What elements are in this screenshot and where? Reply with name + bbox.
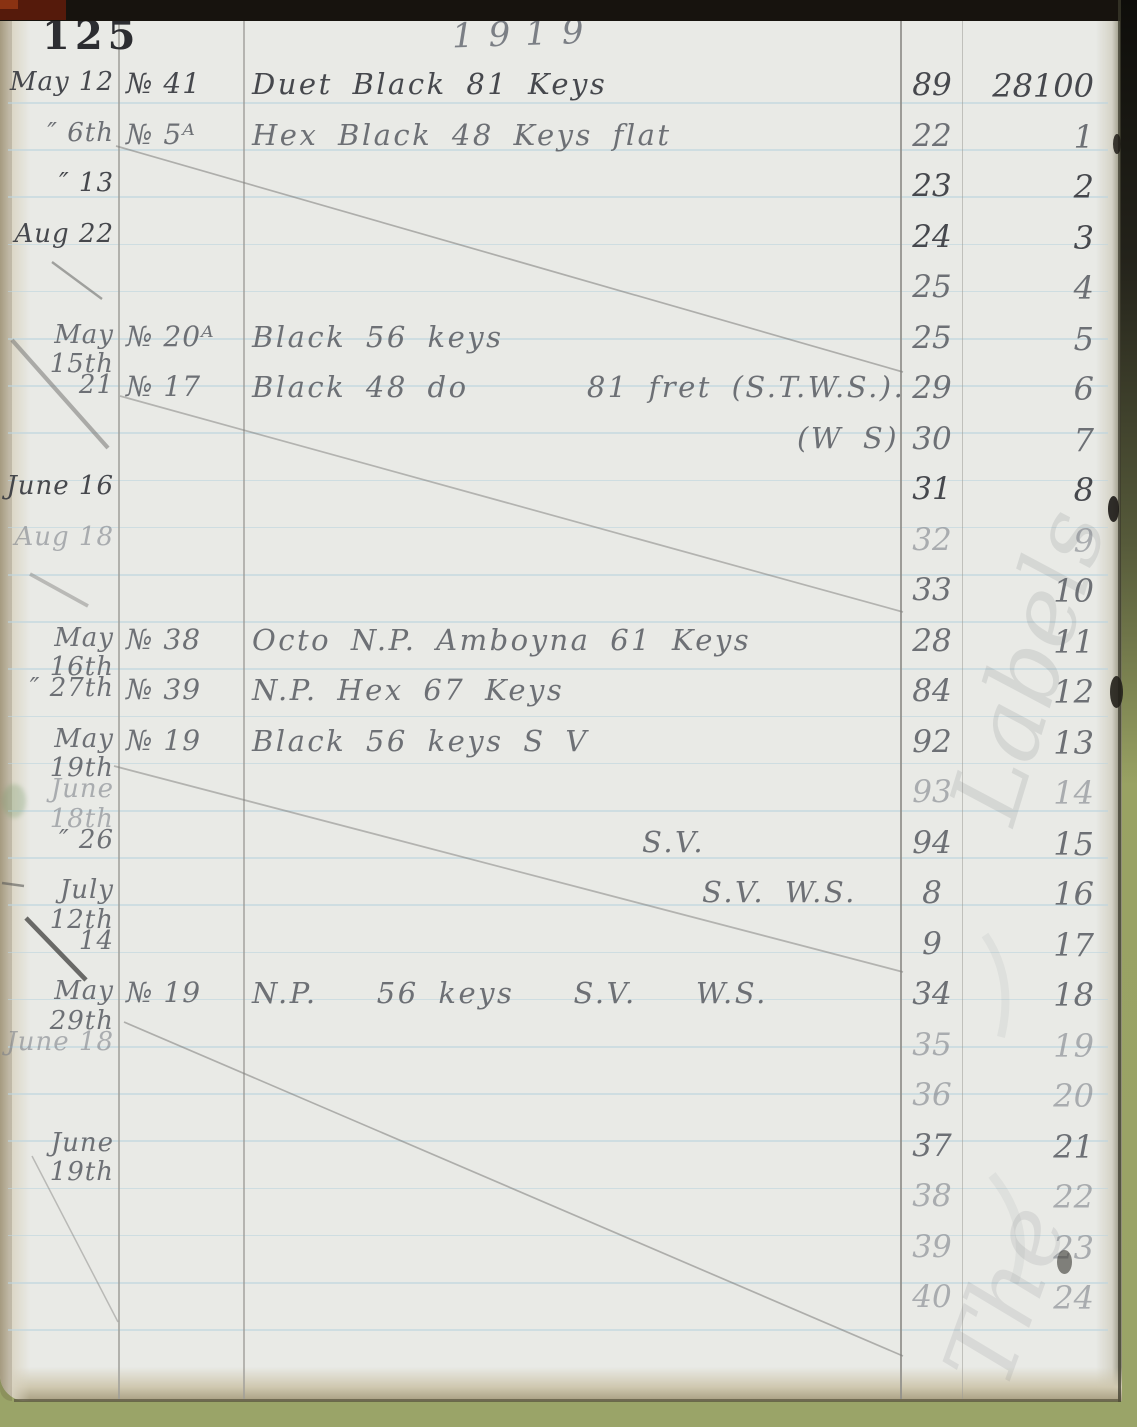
row-label-cell: 21 (966, 1129, 1110, 1166)
row-qty-cell: 39 (903, 1230, 961, 1266)
row-label-cell: 1 (966, 119, 1110, 156)
row-date-cell: 14 (4, 927, 114, 957)
wormhole-blemish (1113, 134, 1121, 154)
row-no-cell: № 20ᴬ (126, 321, 242, 353)
row-desc-cell: Black 56 keys S V (252, 725, 900, 758)
row-qty-cell: 25 (903, 321, 961, 357)
row-label-cell: 11 (966, 624, 1110, 661)
row-label-cell: 15 (966, 826, 1110, 863)
row-label-cell: 7 (966, 422, 1110, 459)
row-desc-cell: Black 48 do 81 fret (S.T.W.S.). (252, 371, 900, 404)
row-no-cell: № 38 (126, 624, 242, 656)
row-label-cell: 16 (966, 876, 1110, 913)
row-qty-cell: 22 (903, 119, 961, 155)
ledger-row: ″ 26S.V.9415 (0, 824, 1122, 876)
ledger-row: 4024 (0, 1278, 1122, 1330)
ledger-row: ″ 6th№ 5ᴬHex Black 48 Keys flat221 (0, 117, 1122, 169)
row-date-cell: ″ 6th (4, 119, 114, 149)
row-label-cell: 8 (966, 472, 1110, 509)
top-left-red-mark (0, 0, 18, 9)
ledger-row: 3923 (0, 1228, 1122, 1280)
row-desc-cell: Black 56 keys (252, 321, 900, 354)
row-qty-cell: 32 (903, 523, 961, 559)
row-label-cell: 18 (966, 977, 1110, 1014)
row-qty-cell: 89 (903, 68, 961, 104)
row-date-cell: Aug 22 (4, 220, 114, 250)
row-label-cell: 17 (966, 927, 1110, 964)
ledger-row: 254 (0, 268, 1122, 320)
ledger-row: May 19th№ 19Black 56 keys S V9213 (0, 723, 1122, 775)
ledger-row: June 183519 (0, 1026, 1122, 1078)
row-qty-cell: 37 (903, 1129, 961, 1165)
wormhole-blemish (1110, 676, 1123, 708)
row-qty-cell: 30 (903, 422, 961, 458)
row-no-cell: № 5ᴬ (126, 119, 242, 151)
row-no-cell: № 41 (126, 68, 242, 100)
ledger-row: (W S)307 (0, 420, 1122, 472)
row-label-cell: 22 (966, 1179, 1110, 1216)
row-qty-cell: 23 (903, 169, 961, 205)
row-qty-cell: 25 (903, 270, 961, 306)
row-label-cell: 14 (966, 775, 1110, 812)
ledger-row: 14917 (0, 925, 1122, 977)
row-no-cell: № 39 (126, 674, 242, 706)
bottom-page-edge-line (14, 1399, 1120, 1402)
ledger-row: 21№ 17Black 48 do 81 fret (S.T.W.S.).296 (0, 369, 1122, 421)
row-qty-cell: 28 (903, 624, 961, 660)
ledger-page: 125 1919 May 12№ 41Duet Black 81 Keys892… (0, 0, 1122, 1401)
row-qty-cell: 24 (903, 220, 961, 256)
row-qty-cell: 35 (903, 1028, 961, 1064)
row-label-cell: 4 (966, 270, 1110, 307)
row-qty-cell: 33 (903, 573, 961, 609)
row-qty-cell: 40 (903, 1280, 961, 1316)
right-page-edge-shadow (1120, 0, 1137, 1427)
scanned-ledger-photo: 125 1919 May 12№ 41Duet Black 81 Keys892… (0, 0, 1137, 1427)
row-label-cell: 2 (966, 169, 1110, 206)
ledger-row: May 29th№ 19N.P. 56 keys S.V. W.S.3418 (0, 975, 1122, 1027)
row-date-cell: ″ 26 (4, 826, 114, 856)
row-label-cell: 13 (966, 725, 1110, 762)
row-date-cell: ″ 27th (4, 674, 114, 704)
row-date-cell: June 18 (4, 1028, 114, 1058)
row-label-cell: 20 (966, 1078, 1110, 1115)
ledger-row: May 15th№ 20ᴬBlack 56 keys255 (0, 319, 1122, 371)
row-label-cell: 6 (966, 371, 1110, 408)
row-date-cell: June 16 (4, 472, 114, 502)
ledger-row: 3310 (0, 571, 1122, 623)
ledger-row: June 16318 (0, 470, 1122, 522)
row-date-cell: 21 (4, 371, 114, 401)
row-qty-cell: 93 (903, 775, 961, 811)
row-label-cell: 24 (966, 1280, 1110, 1317)
row-qty-cell: 84 (903, 674, 961, 710)
row-desc-cell: Duet Black 81 Keys (252, 68, 900, 101)
row-qty-cell: 8 (903, 876, 961, 912)
row-qty-cell: 34 (903, 977, 961, 1013)
row-no-cell: № 17 (126, 371, 242, 403)
row-qty-cell: 9 (903, 927, 961, 963)
row-qty-cell: 92 (903, 725, 961, 761)
row-desc-cell: N.P. Hex 67 Keys (252, 674, 900, 707)
ledger-row: Aug 22243 (0, 218, 1122, 270)
row-label-cell: 19 (966, 1028, 1110, 1065)
wormhole-blemish (1108, 496, 1119, 522)
ledger-row: June 19th3721 (0, 1127, 1122, 1179)
ledger-row: ″ 13232 (0, 167, 1122, 219)
row-desc-cell: Octo N.P. Amboyna 61 Keys (252, 624, 900, 657)
row-label-cell: 10 (966, 573, 1110, 610)
row-label-cell: 3 (966, 220, 1110, 257)
row-no-cell: № 19 (126, 725, 242, 757)
row-date-cell: ″ 13 (4, 169, 114, 199)
row-no-cell: № 19 (126, 977, 242, 1009)
ledger-row: 3822 (0, 1177, 1122, 1229)
row-date-cell: Aug 18 (4, 523, 114, 553)
green-smudge (2, 784, 26, 818)
row-label-cell: 5 (966, 321, 1110, 358)
row-desc-cell: Hex Black 48 Keys flat (252, 119, 900, 152)
ledger-row: May 12№ 41Duet Black 81 Keys8928100 (0, 66, 1122, 118)
row-qty-cell: 94 (903, 826, 961, 862)
ledger-row: July 12thS.V. W.S.816 (0, 874, 1122, 926)
ledger-row: Aug 18329 (0, 521, 1122, 573)
ledger-row: 3620 (0, 1076, 1122, 1128)
row-date-cell: May 12 (4, 68, 114, 98)
row-label-cell: 12 (966, 674, 1110, 711)
ledger-row: June 18th9314 (0, 773, 1122, 825)
row-qty-cell: 31 (903, 472, 961, 508)
ledger-row: May 16th№ 38Octo N.P. Amboyna 61 Keys281… (0, 622, 1122, 674)
row-qty-cell: 36 (903, 1078, 961, 1114)
row-label-cell: 9 (966, 523, 1110, 560)
ledger-row: ″ 27th№ 39N.P. Hex 67 Keys8412 (0, 672, 1122, 724)
row-label-cell: 23 (966, 1230, 1110, 1267)
row-qty-cell: 38 (903, 1179, 961, 1215)
row-label-cell: 28100 (966, 68, 1110, 105)
row-desc-cell: N.P. 56 keys S.V. W.S. (252, 977, 900, 1010)
ink-spot (1057, 1250, 1072, 1274)
top-edge-bar (0, 0, 1137, 21)
row-qty-cell: 29 (903, 371, 961, 407)
